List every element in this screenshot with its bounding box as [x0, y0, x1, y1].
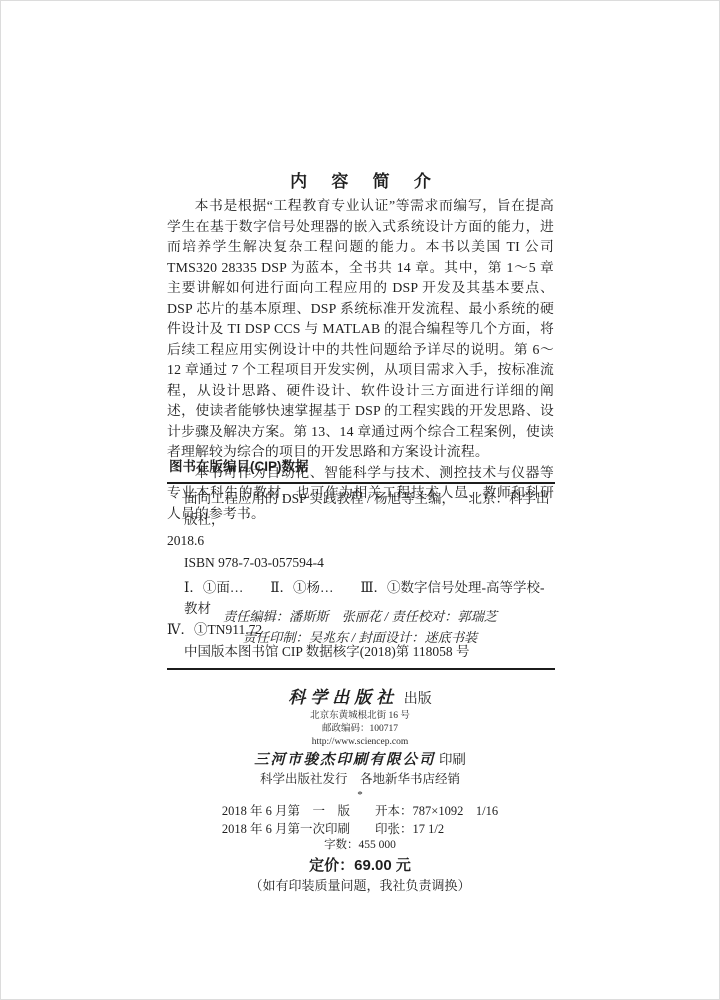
edition-line: 2018 年 6 月第 一 版 开本：787×1092 1/16 [222, 803, 498, 821]
cip-title-line: 面向工程应用的 DSP 实践教程 / 杨旭等主编，一北京：科学出版社， [167, 488, 555, 530]
publisher-website: http://www.sciencep.com [0, 736, 720, 749]
printer-line: 三河市骏杰印刷有限公司 印刷 [0, 751, 720, 769]
price-line: 定价：69.00 元 [0, 856, 720, 875]
publisher-suffix: 出版 [404, 692, 432, 707]
colophon-section: 科学出版社 出版 北京东黄城根北街 16 号 邮政编码：100717 http:… [0, 688, 720, 894]
staff-credits-section: 责任编辑：潘斯斯 张丽花 / 责任校对：郭瑞芝 责任印制：吴兆东 / 封面设计：… [0, 607, 720, 648]
staff-editors-line: 责任编辑：潘斯斯 张丽花 / 责任校对：郭瑞芝 [0, 607, 720, 628]
cip-bottom-rule [167, 668, 555, 670]
asterisk-separator: * [0, 789, 720, 801]
printer-name: 三河市骏杰印刷有限公司 [254, 752, 436, 768]
cip-year-line: 2018.6 [167, 530, 555, 551]
publisher-line: 科学出版社 出版 [0, 688, 720, 710]
cip-isbn-line: ISBN 978-7-03-057594-4 [167, 552, 555, 573]
distribution-line: 科学出版社发行 各地新华书店经销 [0, 771, 720, 788]
word-count-line: 字数：455 000 [0, 838, 720, 853]
staff-printing-design-line: 责任印制：吴兆东 / 封面设计：迷底书装 [0, 628, 720, 649]
cip-heading: 图书在版编目(CIP)数据 [167, 456, 555, 482]
printer-suffix: 印刷 [439, 752, 466, 767]
quality-note-line: （如有印装质量问题，我社负责调换） [0, 877, 720, 894]
intro-paragraph-1: 本书是根据“工程教育专业认证”等需求而编写，旨在提高学生在基于数字信号处理器的嵌… [167, 196, 554, 463]
edition-info-block: 2018 年 6 月第 一 版 开本：787×1092 1/16 2018 年 … [0, 803, 720, 838]
printing-line: 2018 年 6 月第一次印刷 印张：17 1/2 [222, 821, 498, 839]
book-copyright-page: 内 容 简 介 本书是根据“工程教育专业认证”等需求而编写，旨在提高学生在基于数… [0, 0, 720, 1000]
publisher-postcode: 邮政编码：100717 [0, 723, 720, 736]
publisher-address: 北京东黄城根北街 16 号 [0, 710, 720, 723]
publisher-name: 科学出版社 [288, 688, 400, 707]
edition-info-inner: 2018 年 6 月第 一 版 开本：787×1092 1/16 2018 年 … [222, 803, 498, 838]
content-summary-title: 内 容 简 介 [167, 167, 554, 192]
